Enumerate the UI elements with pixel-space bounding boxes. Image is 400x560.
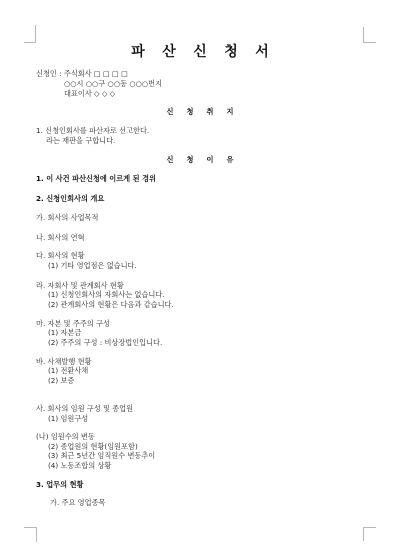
heading-char: 신: [160, 107, 180, 117]
heading-char: 취: [200, 107, 220, 117]
subsection-ga-business: 가. 주요 영업종목: [50, 498, 105, 507]
item: (1) 전환사채: [48, 366, 88, 375]
subsection-na: 나. 회사의 연혁: [36, 233, 85, 242]
subsection-sa: 사. 회사의 임원 구성 및 종업원: [36, 404, 133, 413]
reason-heading: 신청이유: [0, 155, 400, 165]
subsection-ra: 라. 자회사 및 관계회사 현황: [36, 281, 124, 290]
section-heading-3: 3. 업무의 현황: [36, 480, 83, 489]
title-char: 청: [216, 41, 247, 61]
applicant-representative: 대표이사 ◇ ◇ ◇: [64, 89, 115, 98]
purpose-line-2: 라는 재판을 구합니다.: [46, 136, 115, 145]
heading-char: 청: [180, 107, 200, 117]
purpose-line-1: 1. 신청인회사를 파산자로 선고한다.: [36, 126, 149, 135]
heading-char: 유: [220, 155, 240, 165]
subsection-ba: 바. 사채발행 현황: [36, 357, 91, 366]
heading-char: 지: [220, 107, 240, 117]
item: (1) 자본금: [48, 328, 81, 337]
corner-mark-top-right-v: [363, 27, 364, 42]
title-char: 파: [123, 41, 154, 61]
item: (2) 보증: [48, 376, 74, 385]
item: (2) 관계회사의 현황은 다음과 같습니다.: [48, 300, 174, 309]
section-heading-2: 2. 신청인회사의 개요: [36, 194, 104, 203]
applicant-address: ○○시 ○○구 ○○동 ○○○번지: [64, 79, 162, 88]
purpose-heading: 신청취지: [0, 107, 400, 117]
item: (1) 기타 영업점은 없습니다.: [48, 261, 137, 270]
corner-mark-top-left-v: [35, 25, 36, 42]
subsection-ga: 가. 회사의 사업목적: [36, 213, 98, 222]
corner-mark-bottom-left-h: [24, 527, 36, 528]
heading-char: 신: [160, 155, 180, 165]
corner-mark-bottom-right-v: [363, 527, 364, 541]
applicant-label: 신청인 : 주식회사 □ □ □ □: [36, 69, 128, 78]
item: (3) 최근 5년간 임직원수 변동추이: [48, 451, 155, 460]
item: (4) 노동조합의 상황: [48, 461, 111, 470]
title-char: 산: [154, 41, 185, 61]
section-heading-1: 1. 이 사건 파산신청에 이르게 된 경위: [36, 174, 156, 183]
item: (2) 종업원의 현황(임원포함): [48, 442, 138, 451]
subsection-da: 다. 회사의 현황: [36, 251, 85, 260]
corner-mark-bottom-right-h: [363, 527, 376, 528]
heading-char: 청: [180, 155, 200, 165]
title-char: 서: [247, 41, 278, 61]
document-title: 파산신청서: [0, 41, 400, 61]
item: (2) 주주의 구성 : 비상장법인입니다.: [48, 338, 162, 347]
item: (1) 신청인회사의 자회사는 없습니다.: [48, 290, 165, 299]
subsection-ma: 마. 자본 및 주주의 구성: [36, 319, 110, 328]
corner-mark-bottom-left-v: [36, 527, 37, 542]
subsection-na-paren: (나) 임원수의 변동: [36, 432, 95, 441]
item: (1) 임원구성: [48, 414, 88, 423]
heading-char: 이: [200, 155, 220, 165]
title-char: 신: [185, 41, 216, 61]
